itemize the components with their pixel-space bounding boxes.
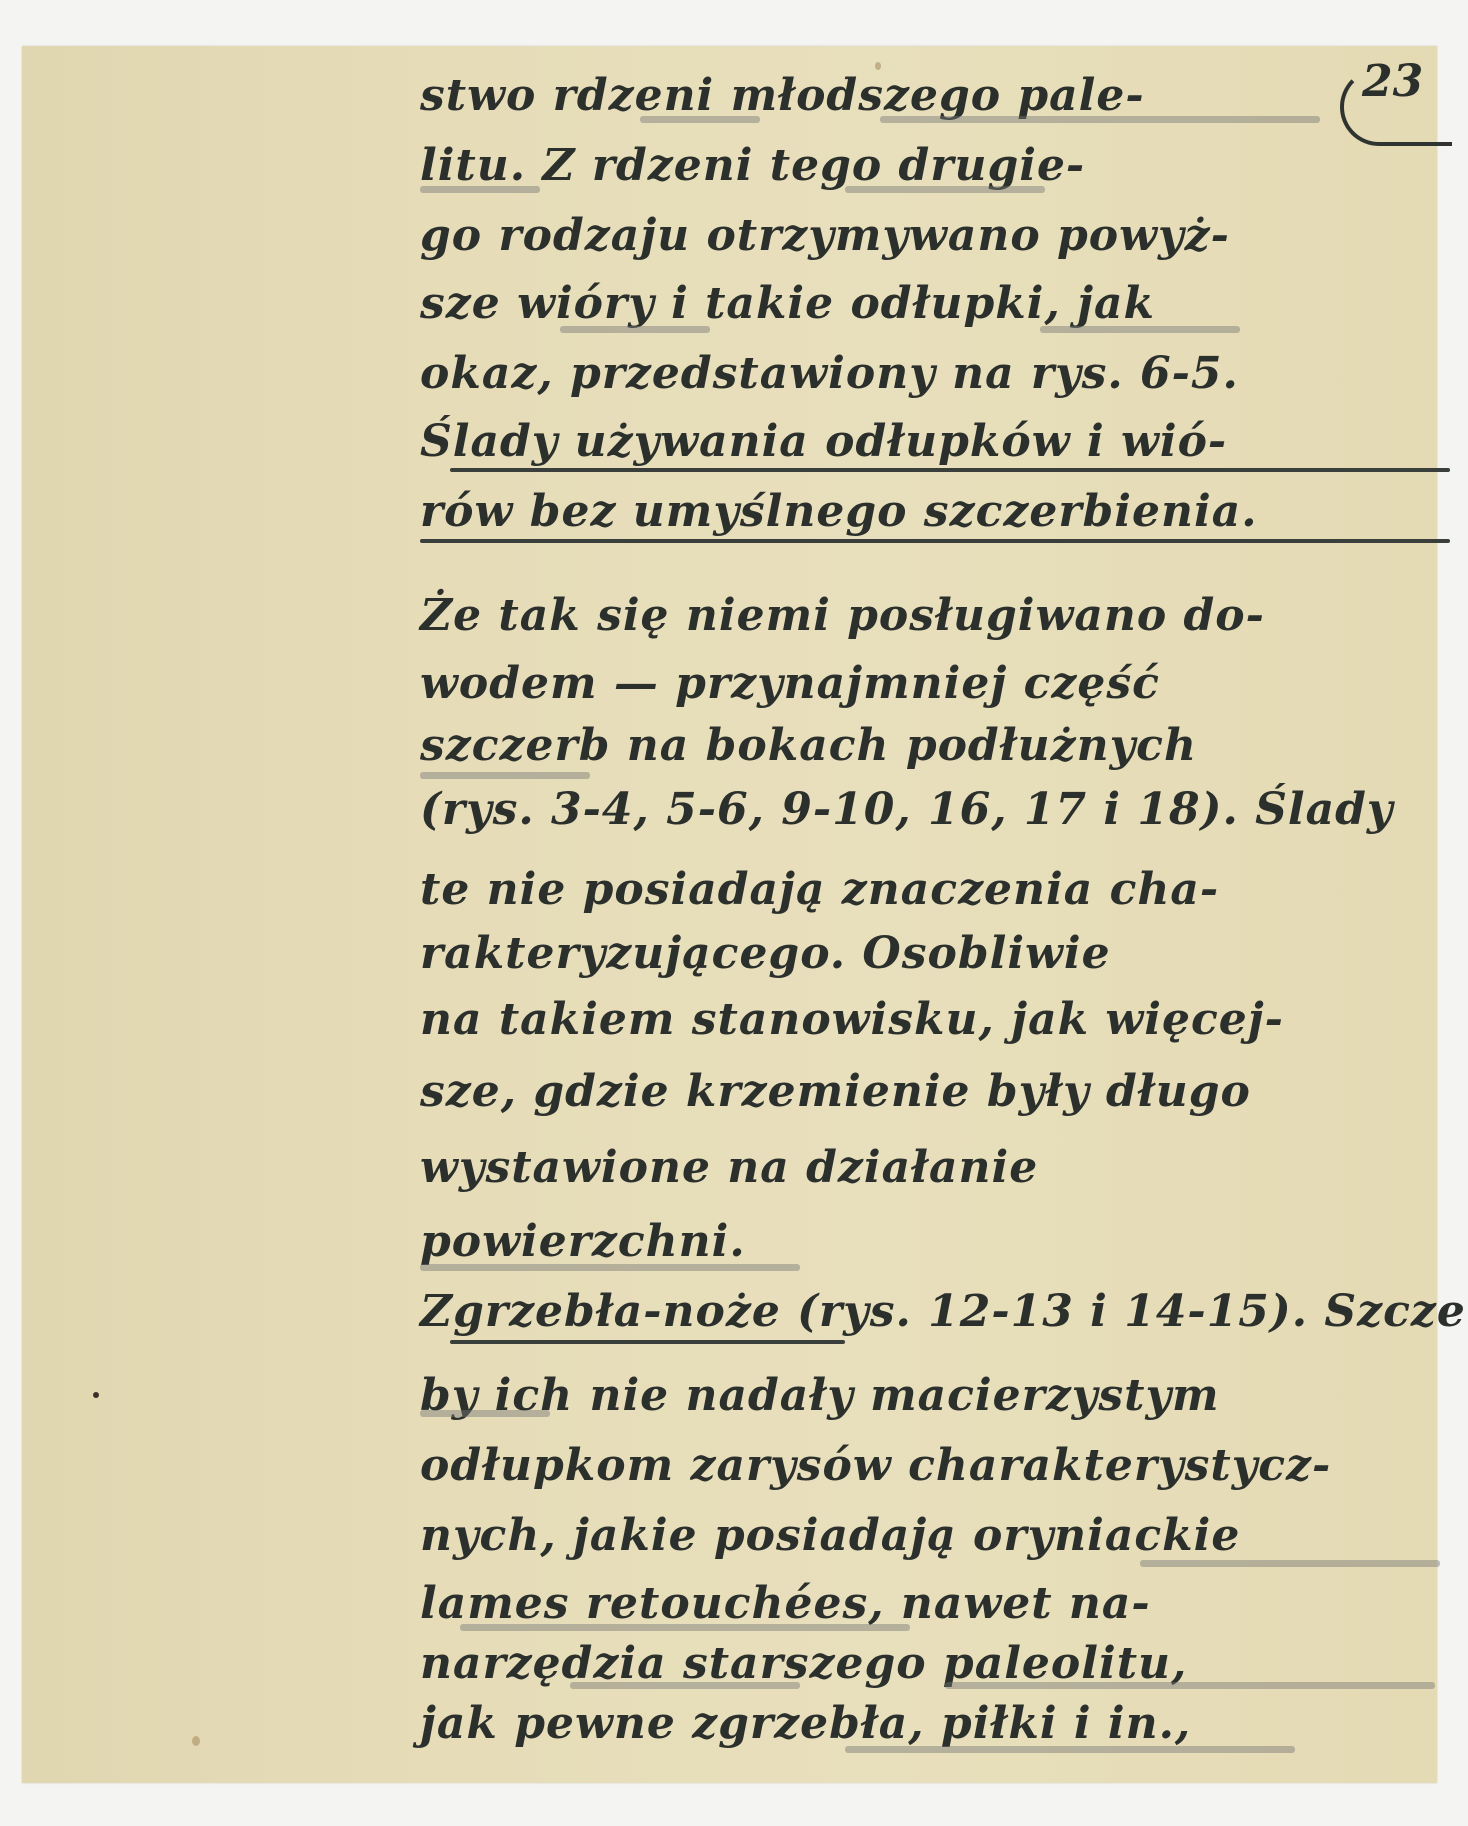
pencil-underline	[1040, 326, 1240, 333]
pencil-underline	[845, 186, 1045, 193]
text-line: na takiem stanowisku, jak więcej-	[420, 998, 1284, 1042]
text-line: (rys. 3-4, 5-6, 9-10, 16, 17 i 18). Ślad…	[420, 788, 1393, 832]
text-line: sze wióry i takie odłupki, jak	[420, 282, 1155, 326]
pencil-underline	[845, 1746, 1295, 1753]
pencil-underline	[880, 116, 1320, 123]
text-line: stwo rdzeni młodszego pale-	[420, 74, 1145, 118]
pencil-underline	[420, 772, 590, 779]
ink-stain	[192, 1736, 200, 1746]
text-line: szczerb na bokach podłużnych	[420, 724, 1197, 768]
text-line: Że tak się niemi posługiwano do-	[420, 594, 1265, 638]
heading-underline	[420, 539, 1450, 543]
pencil-underline	[420, 186, 540, 193]
text-line: jak pewne zgrzebła, piłki i in.,	[420, 1702, 1191, 1746]
heading-underline	[450, 1340, 845, 1344]
text-line: go rodzaju otrzymywano powyż-	[420, 214, 1230, 258]
margin-dot	[93, 1392, 99, 1398]
text-line: rakteryzującego. Osobliwie	[420, 932, 1111, 976]
heading-line: Ślady używania odłupków i wió-	[420, 420, 1227, 464]
pencil-underline	[945, 1682, 1435, 1689]
manuscript-text: stwo rdzeni młodszego pale- litu. Z rdze…	[420, 46, 1450, 1783]
text-line: wodem — przynajmniej część	[420, 662, 1160, 706]
text-line: lames retouchées, nawet na-	[420, 1582, 1151, 1626]
text-line: te nie posiadają znaczenia cha-	[420, 868, 1219, 912]
text-line: litu. Z rdzeni tego drugie-	[420, 144, 1085, 188]
text-line: narzędzia starszego paleolitu,	[420, 1642, 1187, 1686]
text-line: sze, gdzie krzemienie były długo	[420, 1070, 1251, 1114]
pencil-underline	[560, 326, 710, 333]
pencil-underline	[460, 1624, 910, 1631]
text-line: powierzchni.	[420, 1220, 746, 1264]
pencil-underline	[640, 116, 760, 123]
text-line: nych, jakie posiadają oryniackie	[420, 1514, 1240, 1558]
heading-underline	[450, 468, 1450, 472]
text-line: wystawione na działanie	[420, 1146, 1038, 1190]
pencil-underline	[1140, 1560, 1440, 1567]
text-line: okaz, przedstawiony na rys. 6-5.	[420, 352, 1239, 396]
pencil-underline	[570, 1682, 800, 1689]
heading-line: Zgrzebła-noże (rys. 12-13 i 14-15). Szcz…	[420, 1290, 1468, 1334]
manuscript-page: 23 stwo rdzeni młodszego pale- litu. Z r…	[22, 46, 1437, 1783]
heading-line: rów bez umyślnego szczerbienia.	[420, 490, 1258, 534]
text-line: odłupkom zarysów charakterystycz-	[420, 1444, 1331, 1488]
pencil-underline	[420, 1264, 800, 1271]
pencil-underline	[420, 1410, 550, 1417]
